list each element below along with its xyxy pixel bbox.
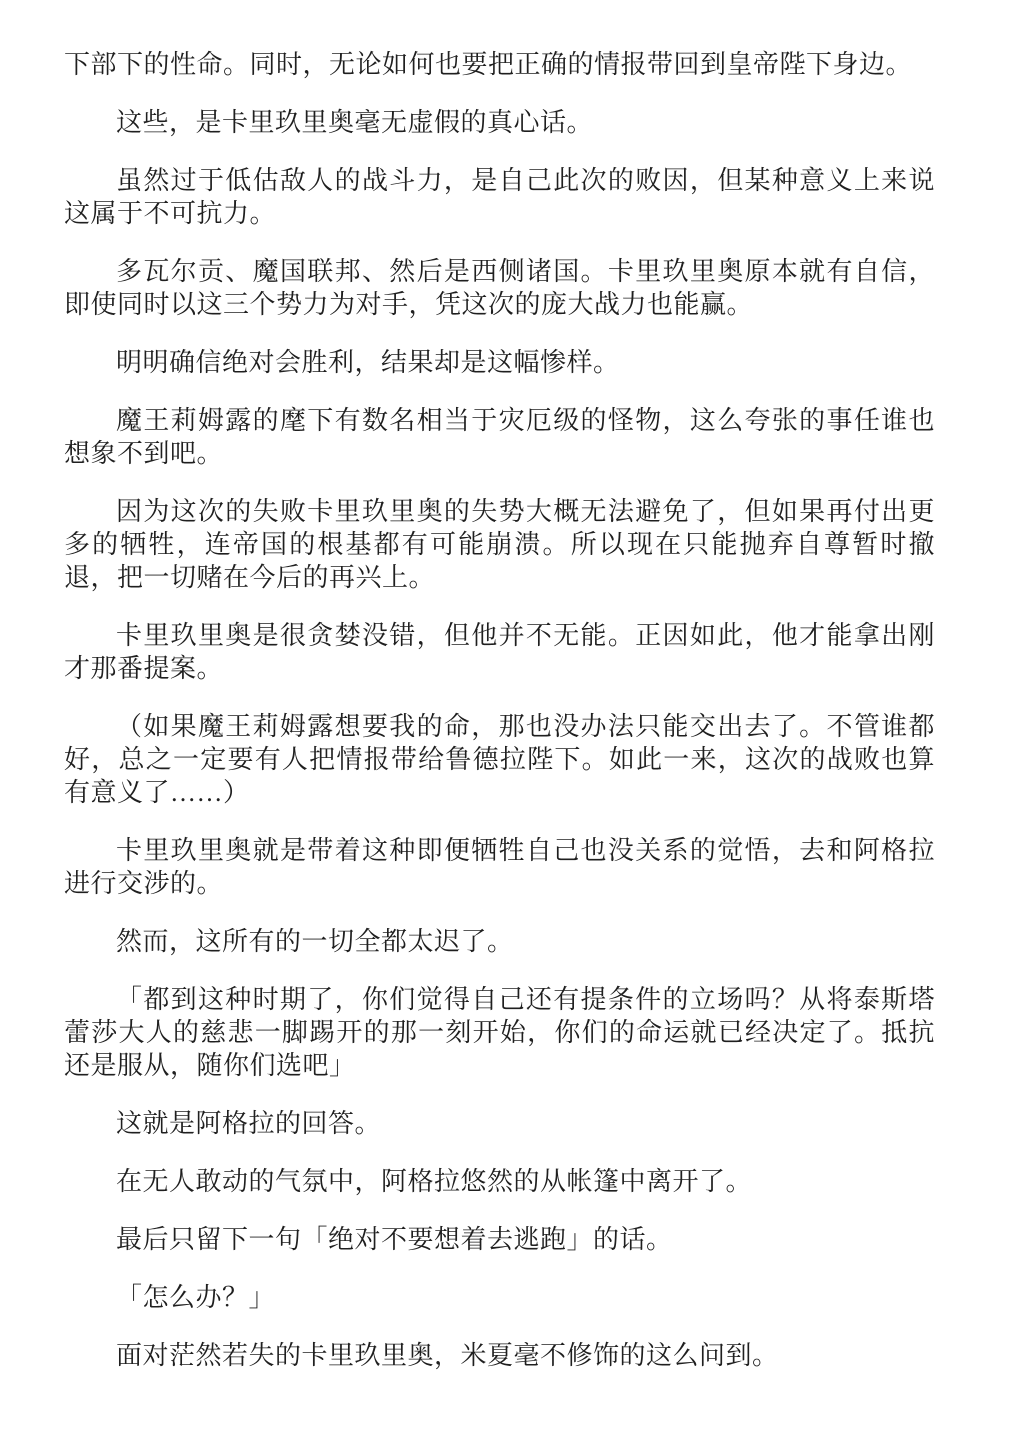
document-page: 下部下的性命。同时，无论如何也要把正确的情报带回到皇帝陛下身边。 这些，是卡里玖… bbox=[0, 0, 1017, 1437]
paragraph: 卡里玖里奥是很贪婪没错，但他并不无能。正因如此，他才能拿出刚才那番提案。 bbox=[64, 619, 935, 685]
paragraph: 魔王莉姆露的麾下有数名相当于灾厄级的怪物，这么夸张的事任谁也想象不到吧。 bbox=[64, 404, 935, 470]
paragraph: 「都到这种时期了，你们觉得自己还有提条件的立场吗？从将泰斯塔蕾莎大人的慈悲一脚踢… bbox=[64, 983, 935, 1082]
paragraph: 多瓦尔贡、魔国联邦、然后是西侧诸国。卡里玖里奥原本就有自信，即使同时以这三个势力… bbox=[64, 255, 935, 321]
paragraph: 因为这次的失败卡里玖里奥的失势大概无法避免了，但如果再付出更多的牺牲，连帝国的根… bbox=[64, 495, 935, 594]
paragraph: 卡里玖里奥就是带着这种即便牺牲自己也没关系的觉悟，去和阿格拉进行交涉的。 bbox=[64, 834, 935, 900]
paragraph: 明明确信绝对会胜利，结果却是这幅惨样。 bbox=[64, 346, 935, 379]
paragraph: 这些，是卡里玖里奥毫无虚假的真心话。 bbox=[64, 106, 935, 139]
paragraph: 这就是阿格拉的回答。 bbox=[64, 1107, 935, 1140]
paragraph: （如果魔王莉姆露想要我的命，那也没办法只能交出去了。不管谁都好，总之一定要有人把… bbox=[64, 710, 935, 809]
paragraph: 然而，这所有的一切全都太迟了。 bbox=[64, 925, 935, 958]
paragraph: 「怎么办？」 bbox=[64, 1281, 935, 1314]
paragraph: 下部下的性命。同时，无论如何也要把正确的情报带回到皇帝陛下身边。 bbox=[64, 48, 935, 81]
paragraph: 面对茫然若失的卡里玖里奥，米夏毫不修饰的这么问到。 bbox=[64, 1339, 935, 1372]
paragraph: 在无人敢动的气氛中，阿格拉悠然的从帐篷中离开了。 bbox=[64, 1165, 935, 1198]
paragraph: 虽然过于低估敌人的战斗力，是自己此次的败因，但某种意义上来说这属于不可抗力。 bbox=[64, 164, 935, 230]
paragraph: 最后只留下一句「绝对不要想着去逃跑」的话。 bbox=[64, 1223, 935, 1256]
